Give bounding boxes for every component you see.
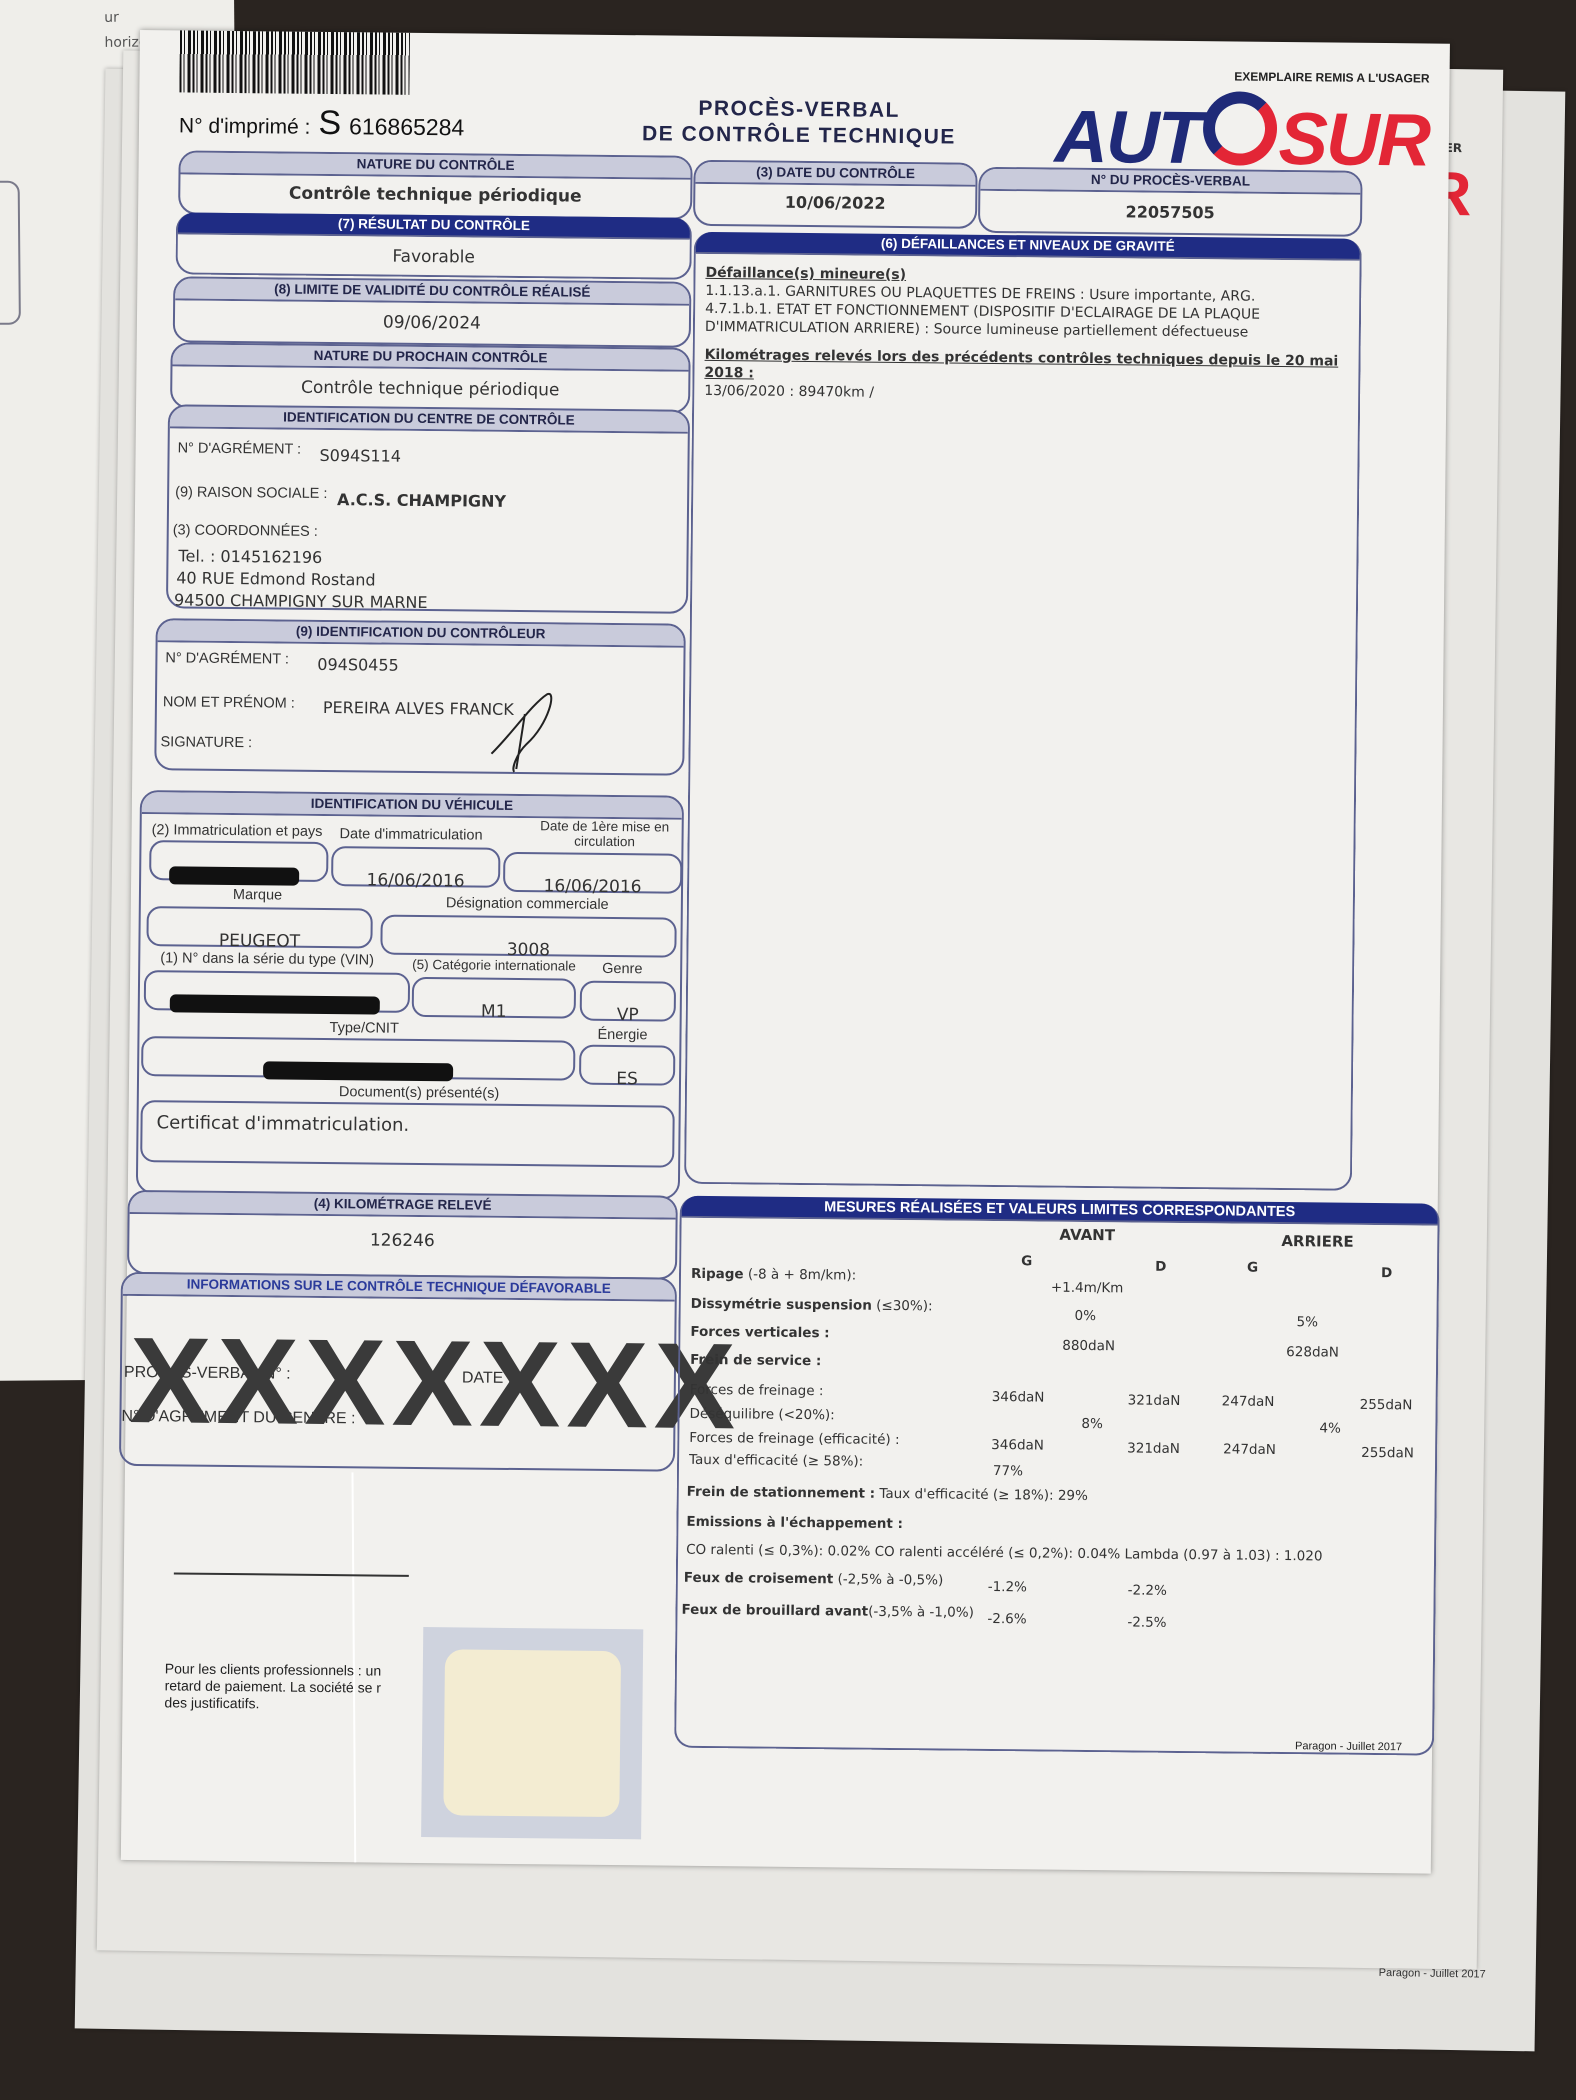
date-immatriculation-field: 16/06/2016: [331, 846, 500, 888]
mesures-box: MESURES RÉALISÉES ET VALEURS LIMITES COR…: [674, 1196, 1440, 1756]
forces-freinage-ar-g: 247daN: [1222, 1393, 1275, 1410]
energie-field: ES: [579, 1045, 675, 1086]
barcode: [179, 30, 410, 94]
desequilibre-avant: 8%: [1081, 1416, 1103, 1432]
prochain-controle-box: NATURE DU PROCHAIN CONTRÔLE Contrôle tec…: [170, 342, 691, 413]
vehicule-header: IDENTIFICATION DU VÉHICULE: [142, 792, 682, 820]
ripage-value: +1.4m/Km: [1051, 1280, 1124, 1297]
form-number-prefix: S: [318, 104, 341, 142]
logo-o-icon: [1202, 91, 1277, 166]
centre-header: IDENTIFICATION DU CENTRE DE CONTRÔLE: [170, 406, 688, 433]
centre-coordonnees-label: (3) COORDONNÉES :: [173, 522, 318, 540]
proces-verbal-sheet: N° d'imprimé :S616865284 PROCÈS-VERBAL D…: [121, 30, 1450, 1874]
arriere-g-header: G: [1247, 1260, 1258, 1276]
background-box: A: [0, 181, 21, 326]
marque-field: PEUGEOT: [146, 906, 372, 948]
premiere-mise-field: 16/06/2016: [503, 852, 682, 894]
resultat-header: (7) RÉSULTAT DU CONTRÔLE: [178, 212, 690, 239]
centre-address-line2: 94500 CHAMPIGNY SUR MARNE: [174, 590, 428, 612]
nature-controle-value: Contrôle technique périodique: [180, 182, 690, 207]
sticker-window: [421, 1627, 643, 1839]
arriere-d-header: D: [1381, 1265, 1392, 1281]
marque-label: Marque: [233, 887, 282, 904]
type-cnit-label: Type/CNIT: [329, 1020, 398, 1037]
controleur-signature-label: SIGNATURE :: [160, 734, 252, 751]
controleur-agrement-label: N° D'AGRÉMENT :: [165, 650, 289, 667]
feux-brouillard-label: Feux de brouillard avant(-3,5% à -1,0%): [681, 1602, 974, 1621]
kilometrage-value: 126246: [129, 1228, 675, 1254]
emissions-label: Emissions à l'échappement :: [686, 1514, 903, 1532]
avant-d-header: D: [1155, 1259, 1166, 1275]
form-number: N° d'imprimé :S616865284: [179, 102, 465, 144]
categorie-field: M1: [412, 977, 576, 1019]
date-controle-box: (3) DATE DU CONTRÔLE 10/06/2022: [693, 160, 978, 229]
desequilibre-label: Déséquilibre (<20%):: [689, 1406, 834, 1424]
designation-field: 3008: [380, 915, 676, 958]
centre-raison-value: A.C.S. CHAMPIGNY: [337, 490, 506, 511]
crossout-mark: XXXXXXX: [129, 1310, 742, 1456]
centre-raison-label: (9) RAISON SOCIALE :: [175, 484, 327, 502]
footer-print-info: Paragon - Juillet 2017: [1295, 1740, 1402, 1753]
nature-controle-box: NATURE DU CONTRÔLE Contrôle technique pé…: [178, 150, 693, 219]
signature-drawing: [486, 684, 557, 775]
copy-note: EXEMPLAIRE REMIS A L'USAGER: [1234, 69, 1429, 85]
forces-efficacite-ar-g: 247daN: [1223, 1441, 1276, 1458]
controleur-box: (9) IDENTIFICATION DU CONTRÔLEUR N° D'AG…: [154, 618, 686, 776]
controleur-header: (9) IDENTIFICATION DU CONTRÔLEUR: [158, 620, 684, 648]
vehicule-box: IDENTIFICATION DU VÉHICULE (2) Immatricu…: [136, 790, 684, 1200]
immatriculation-field: [149, 840, 328, 882]
genre-field: VP: [580, 981, 676, 1022]
forces-freinage-av-d: 321daN: [1128, 1392, 1181, 1409]
prochain-controle-value: Contrôle technique périodique: [172, 376, 688, 401]
centre-address-line1: 40 RUE Edmond Rostand: [176, 568, 376, 589]
forces-efficacite-ar-d: 255daN: [1361, 1445, 1414, 1462]
categorie-label: (5) Catégorie internationale: [412, 957, 576, 974]
forces-freinage-av-g: 346daN: [992, 1389, 1045, 1406]
form-number-label: N° d'imprimé :: [179, 114, 311, 138]
feux-croisement-label: Feux de croisement (-2,5% à -0,5%): [684, 1570, 944, 1589]
designation-label: Désignation commerciale: [446, 895, 609, 913]
minor-defects-heading: Défaillance(s) mineure(s): [705, 265, 906, 283]
centre-telephone: Tel. : 0145162196: [178, 546, 322, 567]
redacted-immatriculation: [169, 866, 299, 885]
date-controle-header: (3) DATE DU CONTRÔLE: [695, 162, 975, 187]
mesures-header: MESURES RÉALISÉES ET VALEURS LIMITES COR…: [682, 1196, 1438, 1226]
documents-value: Certificat d'immatriculation.: [156, 1112, 409, 1136]
document-title: PROCÈS-VERBAL DE CONTRÔLE TECHNIQUE: [609, 95, 990, 151]
stub-divider: [174, 1572, 409, 1576]
desequilibre-arriere: 4%: [1319, 1420, 1341, 1436]
forces-efficacite-av-d: 321daN: [1127, 1440, 1180, 1457]
redacted-type-cnit: [263, 1061, 453, 1081]
dissymetrie-arriere: 5%: [1296, 1314, 1318, 1330]
feux-croisement-d: -2.2%: [1128, 1582, 1167, 1598]
taux-efficacite-value: 77%: [993, 1463, 1023, 1479]
avant-header: AVANT: [1059, 1226, 1115, 1245]
frein-stationnement-row: Frein de stationnement : Taux d'efficaci…: [687, 1484, 1088, 1504]
avant-g-header: G: [1021, 1253, 1032, 1269]
documents-field: Certificat d'immatriculation.: [140, 1100, 675, 1168]
emissions-values: CO ralenti (≤ 0,3%): 0.02% CO ralenti ac…: [686, 1542, 1323, 1565]
forces-verticales-arriere: 628daN: [1286, 1344, 1339, 1361]
taux-efficacite-label: Taux d'efficacité (≥ 58%):: [689, 1452, 863, 1470]
feux-croisement-g: -1.2%: [988, 1579, 1027, 1595]
genre-label: Genre: [602, 961, 642, 977]
defaillances-box: (6) DÉFAILLANCES ET NIVEAUX DE GRAVITÉ D…: [684, 232, 1362, 1191]
controleur-nom-value: PEREIRA ALVES FRANCK: [323, 698, 514, 719]
limite-validite-box: (8) LIMITE DE VALIDITÉ DU CONTRÔLE RÉALI…: [173, 276, 692, 347]
limite-validite-header: (8) LIMITE DE VALIDITÉ DU CONTRÔLE RÉALI…: [175, 278, 689, 305]
immatriculation-label: (2) Immatriculation et pays: [152, 822, 323, 840]
ripage-label: Ripage (-8 à + 8m/km):: [691, 1266, 856, 1284]
vin-field: [144, 970, 410, 1013]
redacted-vin: [170, 994, 380, 1014]
forces-freinage-ar-d: 255daN: [1360, 1397, 1413, 1414]
feux-brouillard-d: -2.5%: [1127, 1614, 1166, 1630]
date-immatriculation-label: Date d'immatriculation: [340, 826, 483, 843]
arriere-header: ARRIERE: [1281, 1232, 1354, 1251]
stub-notice: Pour les clients professionnels : un ret…: [164, 1660, 381, 1713]
centre-box: IDENTIFICATION DU CENTRE DE CONTRÔLE N° …: [166, 404, 690, 613]
energie-label: Énergie: [597, 1027, 647, 1044]
sticker-placeholder: [443, 1649, 621, 1817]
kilometrage-header: (4) KILOMÉTRAGE RELEVÉ: [130, 1192, 676, 1220]
forces-freinage-label: Forces de freinage :: [690, 1382, 824, 1399]
numero-pv-value: 22057505: [980, 201, 1360, 224]
feux-brouillard-g: -2.6%: [987, 1611, 1026, 1627]
centre-agrement-label: N° D'AGRÉMENT :: [178, 440, 302, 457]
resultat-box: (7) RÉSULTAT DU CONTRÔLE Favorable: [175, 212, 692, 279]
prochain-controle-header: NATURE DU PROCHAIN CONTRÔLE: [172, 344, 688, 371]
form-number-value: 616865284: [349, 113, 464, 140]
forces-verticales-avant: 880daN: [1062, 1338, 1115, 1355]
defaillances-content: Défaillance(s) mineure(s) 1.1.13.a.1. GA…: [704, 264, 1345, 407]
forces-efficacite-label: Forces de freinage (efficacité) :: [689, 1430, 899, 1448]
background-text-fragment: ur: [104, 10, 119, 26]
controleur-agrement-value: 094S0455: [317, 655, 399, 675]
forces-verticales-label: Forces verticales :: [690, 1324, 829, 1341]
controleur-nom-label: NOM ET PRÉNOM :: [163, 694, 295, 711]
premiere-mise-label: Date de 1ère mise en circulation: [539, 818, 669, 849]
forces-efficacite-av-g: 346daN: [991, 1437, 1044, 1454]
defavorable-box: INFORMATIONS SUR LE CONTRÔLE TECHNIQUE D…: [119, 1272, 677, 1472]
kilometrage-box: (4) KILOMÉTRAGE RELEVÉ 126246: [127, 1190, 678, 1280]
resultat-value: Favorable: [178, 244, 690, 269]
defavorable-header: INFORMATIONS SUR LE CONTRÔLE TECHNIQUE D…: [123, 1274, 675, 1302]
type-cnit-field: [141, 1036, 575, 1081]
defaillances-header: (6) DÉFAILLANCES ET NIVEAUX DE GRAVITÉ: [696, 232, 1360, 261]
limite-validite-value: 09/06/2024: [175, 310, 689, 335]
dissymetrie-avant: 0%: [1075, 1308, 1097, 1324]
km-history-heading: Kilométrages relevés lors des précédents…: [704, 347, 1338, 382]
centre-agrement-value: S094S114: [319, 446, 401, 466]
frein-service-label: Frein de service :: [690, 1352, 821, 1369]
numero-pv-header: N° DU PROCÈS-VERBAL: [980, 169, 1360, 195]
nature-controle-header: NATURE DU CONTRÔLE: [180, 152, 690, 179]
vin-label: (1) N° dans la série du type (VIN): [160, 950, 374, 968]
documents-label: Document(s) présenté(s): [339, 1084, 500, 1102]
numero-pv-box: N° DU PROCÈS-VERBAL 22057505: [978, 167, 1363, 237]
dissymetrie-label: Dissymétrie suspension (≤30%):: [691, 1296, 933, 1315]
date-controle-value: 10/06/2022: [695, 192, 975, 214]
